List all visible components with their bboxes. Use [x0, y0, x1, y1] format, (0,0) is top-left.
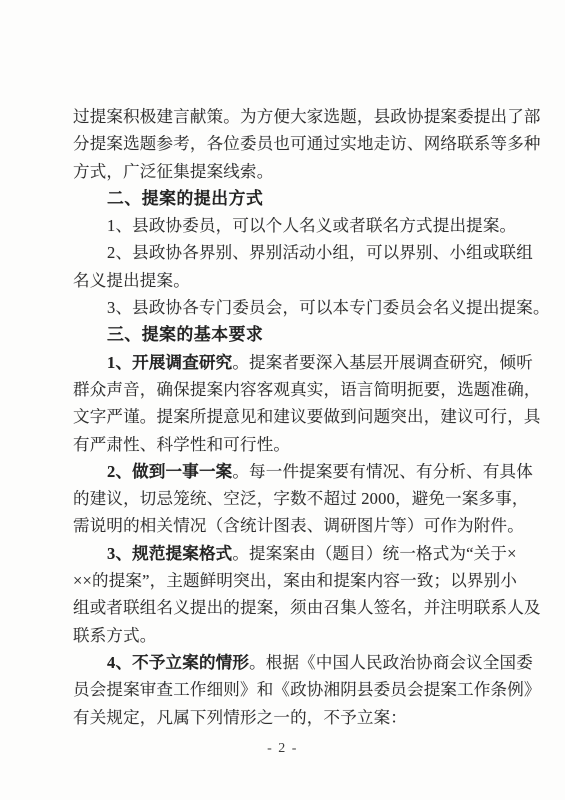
- run-text: 1、县政协委员，可以个人名义或者联名方式提出提案。: [107, 216, 516, 235]
- text-line: 员会提案审查工作细则》和《政协湘阴县委员会提案工作条例》: [73, 676, 540, 703]
- text-line: 有严肃性、科学性和可行性。: [73, 431, 540, 458]
- text-line: 方式，广泛征集提案线索。: [73, 158, 540, 185]
- text-line: 名义提出提案。: [73, 267, 540, 294]
- text-line: 需说明的相关情况（含统计图表、调研图片等）可作为附件。: [73, 512, 540, 539]
- emphasis-text: 3、规范提案格式: [107, 544, 232, 563]
- run-text: 3、县政协各专门委员会，可以本专门委员会名义提出提案。: [107, 298, 550, 317]
- run-text: 2、县政协各界别、界别活动小组，可以界别、小组或联组: [107, 243, 533, 262]
- text-line: 过提案积极建言献策。为方便大家选题，县政协提案委提出了部: [73, 103, 540, 130]
- text-line: 2、做到一事一案。每一件提案要有情况、有分析、有具体: [73, 458, 540, 485]
- run-text: 过提案积极建言献策。为方便大家选题，县政协提案委提出了部: [73, 107, 541, 126]
- run-text: 。每一件提案要有情况、有分析、有具体: [232, 462, 533, 481]
- section-heading: 二、提案的提出方式: [73, 185, 540, 212]
- text-line: 的建议，切忌笼统、空泛，字数不超过 2000，避免一案多事，: [73, 485, 540, 512]
- text-line: 3、县政协各专门委员会，可以本专门委员会名义提出提案。: [73, 294, 540, 321]
- run-text: 有关规定，凡属下列情形之一的，不予立案：: [73, 708, 407, 727]
- text-line: 分提案选题参考，各位委员也可通过实地走访、网络联系等多种: [73, 130, 540, 157]
- emphasis-text: 2、做到一事一案: [107, 462, 232, 481]
- run-text: 的建议，切忌笼统、空泛，字数不超过 2000，避免一案多事，: [73, 489, 529, 508]
- text-line: 组或者联组名义提出的提案，须由召集人签名，并注明联系人及: [73, 594, 540, 621]
- text-line: 4、不予立案的情形。根据《中国人民政治协商会议全国委: [73, 649, 540, 676]
- run-text: 二、提案的提出方式: [107, 189, 263, 208]
- text-line: 1、县政协委员，可以个人名义或者联名方式提出提案。: [73, 212, 540, 239]
- text-line: 联系方式。: [73, 622, 540, 649]
- run-text: 。提案者要深入基层开展调查研究，倾听: [232, 353, 533, 372]
- run-text: 三、提案的基本要求: [107, 325, 263, 344]
- text-line: 1、开展调查研究。提案者要深入基层开展调查研究，倾听: [73, 349, 540, 376]
- run-text: 方式，广泛征集提案线索。: [73, 162, 273, 181]
- run-text: 名义提出提案。: [73, 271, 190, 290]
- run-text: 。提案案由（题目）统一格式为“关于×: [232, 544, 516, 563]
- run-text: 联系方式。: [73, 626, 157, 645]
- text-line: ××的提案”，主题鲜明突出，案由和提案内容一致；以界别小: [73, 567, 540, 594]
- text-line: 有关规定，凡属下列情形之一的，不予立案：: [73, 704, 540, 731]
- text-line: 2、县政协各界别、界别活动小组，可以界别、小组或联组: [73, 239, 540, 266]
- run-text: ××的提案”，主题鲜明突出，案由和提案内容一致；以界别小: [73, 571, 517, 590]
- run-text: 需说明的相关情况（含统计图表、调研图片等）可作为附件。: [73, 516, 524, 535]
- run-text: 有严肃性、科学性和可行性。: [73, 435, 290, 454]
- text-line: 群众声音，确保提案内容客观真实，语言简明扼要，选题准确，: [73, 376, 540, 403]
- run-text: 群众声音，确保提案内容客观真实，语言简明扼要，选题准确，: [73, 380, 541, 399]
- text-line: 3、规范提案格式。提案案由（题目）统一格式为“关于×: [73, 540, 540, 567]
- run-text: 。根据《中国人民政治协商会议全国委: [249, 653, 533, 672]
- run-text: 组或者联组名义提出的提案，须由召集人签名，并注明联系人及: [73, 598, 541, 617]
- text-line: 文字严谨。提案所提意见和建议要做到问题突出，建议可行，具: [73, 403, 540, 430]
- run-text: 分提案选题参考，各位委员也可通过实地走访、网络联系等多种: [73, 134, 541, 153]
- emphasis-text: 1、开展调查研究: [107, 353, 232, 372]
- emphasis-text: 4、不予立案的情形: [107, 653, 249, 672]
- run-text: 文字严谨。提案所提意见和建议要做到问题突出，建议可行，具: [73, 407, 541, 426]
- text-block: 过提案积极建言献策。为方便大家选题，县政协提案委提出了部分提案选题参考，各位委员…: [73, 103, 540, 731]
- document-page: 过提案积极建言献策。为方便大家选题，县政协提案委提出了部分提案选题参考，各位委员…: [0, 0, 565, 800]
- page-number: - 2 -: [0, 741, 565, 757]
- run-text: 员会提案审查工作细则》和《政协湘阴县委员会提案工作条例》: [73, 680, 541, 699]
- section-heading: 三、提案的基本要求: [73, 321, 540, 348]
